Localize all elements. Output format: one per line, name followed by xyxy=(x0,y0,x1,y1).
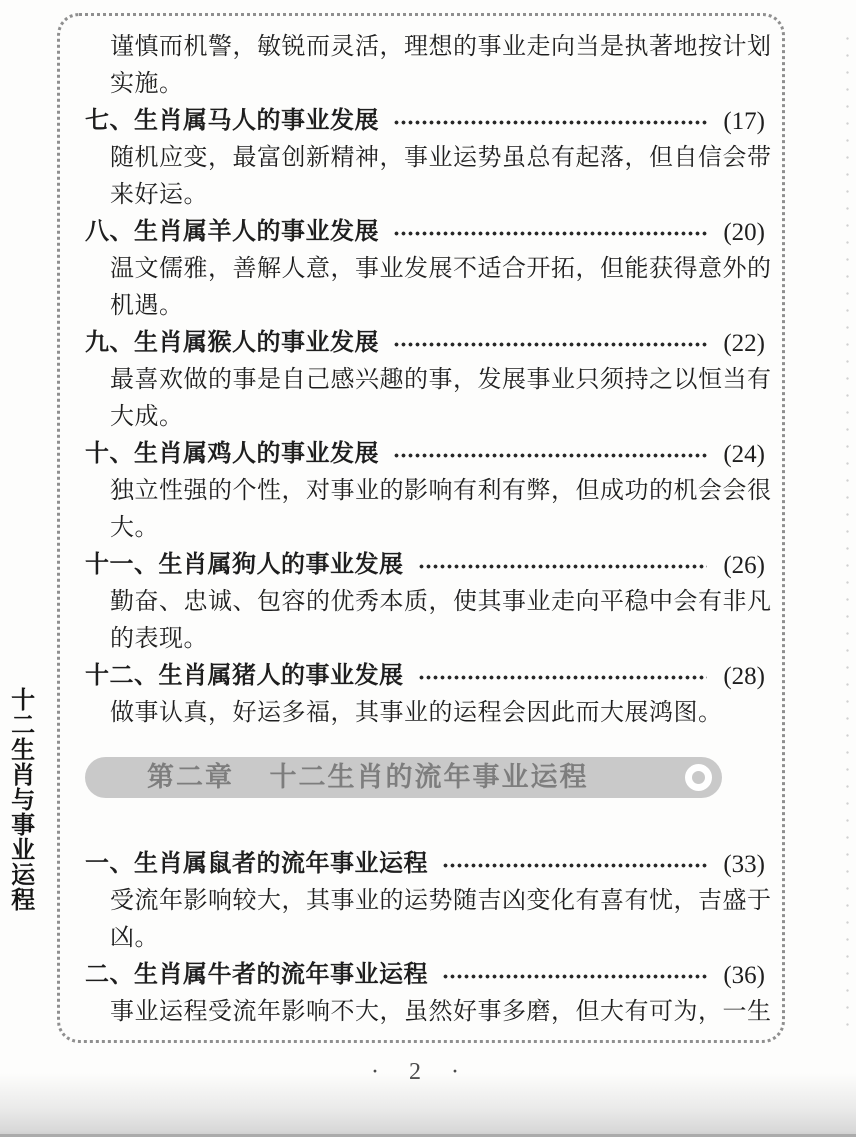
dot-leader xyxy=(418,564,708,569)
toc-entry-page: (28) xyxy=(715,658,765,695)
toc-entry-description: 大。 xyxy=(85,510,765,547)
scan-noise xyxy=(846,30,849,1027)
toc-continuation-line: 谨慎而机警，敏锐而灵活，理想的事业走向当是执著地按计划 xyxy=(85,29,765,66)
toc-entry-description: 大成。 xyxy=(85,399,765,436)
toc-entry-horse: 七、生肖属马人的事业发展 (17) xyxy=(85,103,765,140)
toc-entry-title: 一、生肖属鼠者的流年事业运程 xyxy=(85,846,428,883)
toc-entry-page: (24) xyxy=(715,436,765,473)
toc-entry-page: (26) xyxy=(715,547,765,584)
toc-entry-description: 的表现。 xyxy=(85,621,765,658)
toc-entry-goat: 八、生肖属羊人的事业发展 (20) xyxy=(85,214,765,251)
toc-entry-title: 九、生肖属猴人的事业发展 xyxy=(85,325,379,362)
dot-leader xyxy=(393,453,707,458)
dot-leader xyxy=(393,120,707,125)
toc-entry-description: 事业运程受流年影响不大，虽然好事多磨，但大有可为，一生 xyxy=(85,994,765,1031)
page-number-footer: · 2 · xyxy=(57,1059,785,1086)
toc-entry-description: 勤奋、忠诚、包容的优秀本质，使其事业走向平稳中会有非凡 xyxy=(85,584,765,621)
toc-entry-ox: 二、生肖属牛者的流年事业运程 (36) xyxy=(85,957,765,994)
toc-entry-description: 做事认真，好运多福，其事业的运程会因此而大展鸿图。 xyxy=(85,695,765,732)
toc-entry-description: 凶。 xyxy=(85,920,765,957)
toc-entry-description: 独立性强的个性，对事业的影响有利有弊，但成功的机会会很 xyxy=(85,473,765,510)
toc-entry-pig: 十二、生肖属猪人的事业发展 (28) xyxy=(85,658,765,695)
toc-entry-rooster: 十、生肖属鸡人的事业发展 (24) xyxy=(85,436,765,473)
toc-entry-page: (20) xyxy=(715,214,765,251)
toc-entry-title: 十二、生肖属猪人的事业发展 xyxy=(85,658,404,695)
scanned-book-page: 谨慎而机警，敏锐而灵活，理想的事业走向当是执著地按计划 实施。 七、生肖属马人的… xyxy=(0,0,856,1137)
book-spine-title: 十二生肖与事业运程 xyxy=(6,687,34,927)
dot-leader xyxy=(418,675,708,680)
toc-entry-title: 八、生肖属羊人的事业发展 xyxy=(85,214,379,251)
toc-entry-page: (17) xyxy=(715,103,765,140)
toc-entry-description: 最喜欢做的事是自己感兴趣的事，发展事业只须持之以恒当有 xyxy=(85,362,765,399)
toc-entry-description: 温文儒雅，善解人意，事业发展不适合开拓，但能获得意外的 xyxy=(85,251,765,288)
chapter-number-label: 第二章 xyxy=(147,762,234,792)
dot-leader xyxy=(393,342,707,347)
ring-icon xyxy=(685,764,712,791)
toc-entry-title: 十、生肖属鸡人的事业发展 xyxy=(85,436,379,473)
toc-entry-title: 七、生肖属马人的事业发展 xyxy=(85,103,379,140)
chapter-two-heading-bar: 第二章 十二生肖的流年事业运程 xyxy=(85,757,722,798)
toc-continuation-line: 实施。 xyxy=(85,66,765,103)
toc-entry-description: 随机应变，最富创新精神，事业运势虽总有起落，但自信会带 xyxy=(85,140,765,177)
toc-entry-rat: 一、生肖属鼠者的流年事业运程 (33) xyxy=(85,846,765,883)
toc-entry-title: 二、生肖属牛者的流年事业运程 xyxy=(85,957,428,994)
toc-entry-page: (36) xyxy=(715,957,765,994)
toc-entry-page: (33) xyxy=(715,846,765,883)
toc-entry-description: 机遇。 xyxy=(85,288,765,325)
dot-leader xyxy=(393,231,707,236)
toc-entry-description: 来好运。 xyxy=(85,177,765,214)
toc-entry-dog: 十一、生肖属狗人的事业发展 (26) xyxy=(85,547,765,584)
dot-leader xyxy=(442,974,707,979)
dot-leader xyxy=(442,863,707,868)
toc-entry-title: 十一、生肖属狗人的事业发展 xyxy=(85,547,404,584)
chapter-title: 十二生肖的流年事业运程 xyxy=(270,762,589,792)
toc-entry-page: (22) xyxy=(715,325,765,362)
toc-entry-description: 受流年影响较大，其事业的运势随吉凶变化有喜有忧，吉盛于 xyxy=(85,883,765,920)
table-of-contents: 谨慎而机警，敏锐而灵活，理想的事业走向当是执著地按计划 实施。 七、生肖属马人的… xyxy=(85,29,765,1031)
toc-entry-monkey: 九、生肖属猴人的事业发展 (22) xyxy=(85,325,765,362)
